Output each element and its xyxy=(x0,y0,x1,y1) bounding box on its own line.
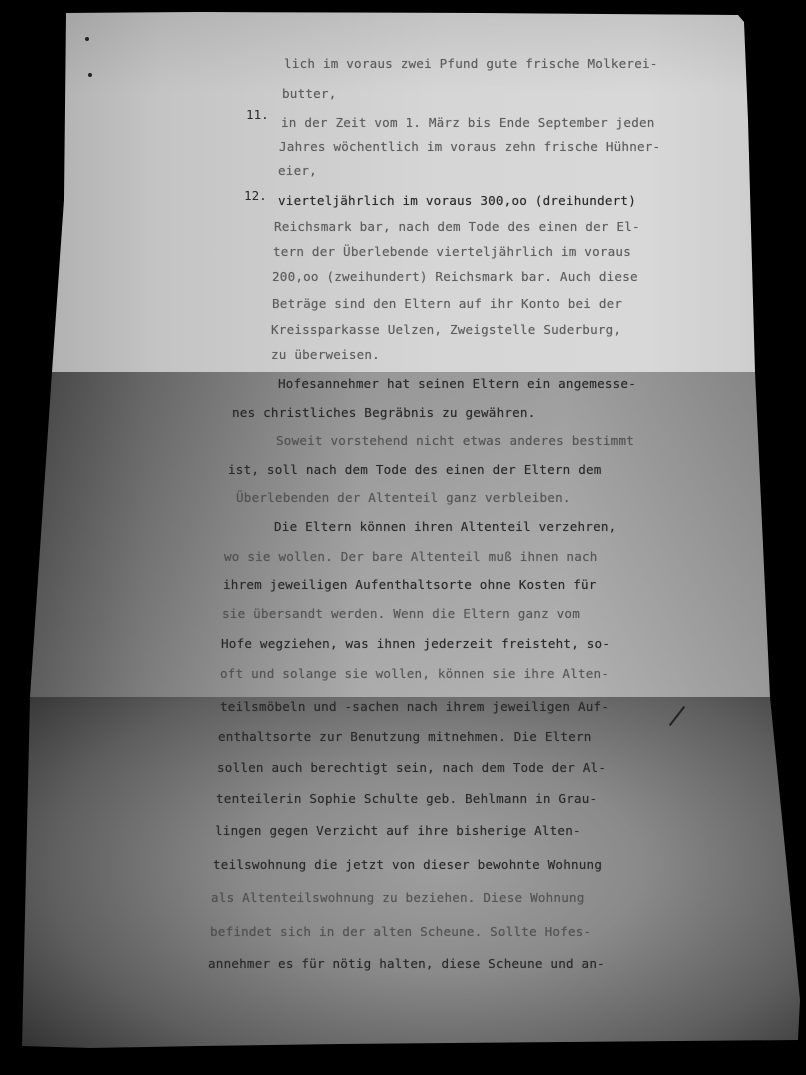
text-line: butter, xyxy=(282,86,336,101)
text-line: teilsmöbeln und -sachen nach ihrem jewei… xyxy=(220,699,609,714)
text-line: nes christliches Begräbnis zu gewähren. xyxy=(232,405,536,420)
handwritten-correction-mark xyxy=(669,706,685,726)
text-line: in der Zeit vom 1. März bis Ende Septemb… xyxy=(281,115,655,130)
text-line: tenteilerin Sophie Schulte geb. Behlmann… xyxy=(216,791,597,806)
text-line: Jahres wöchentlich im voraus zehn frisch… xyxy=(279,139,660,154)
document-text: lich im voraus zwei Pfund gute frische M… xyxy=(0,0,806,1075)
text-line: Überlebenden der Altenteil ganz verbleib… xyxy=(236,490,571,505)
text-line: Reichsmark bar, nach dem Tode des einen … xyxy=(274,219,640,234)
text-line: eier, xyxy=(278,163,317,178)
text-line: teilswohnung die jetzt von dieser bewohn… xyxy=(213,857,602,872)
text-line: als Altenteilswohnung zu beziehen. Diese… xyxy=(211,890,585,905)
text-line: ist, soll nach dem Tode des einen der El… xyxy=(228,462,602,477)
text-line: tern der Überlebende vierteljährlich im … xyxy=(273,244,631,259)
text-line: oft und solange sie wollen, können sie i… xyxy=(220,666,609,681)
text-line: Hofesannehmer hat seinen Eltern ein ange… xyxy=(278,376,636,391)
text-line: befindet sich in der alten Scheune. Soll… xyxy=(210,924,591,939)
text-line: lingen gegen Verzicht auf ihre bisherige… xyxy=(215,823,581,838)
text-line: wo sie wollen. Der bare Altenteil muß ih… xyxy=(224,549,598,564)
text-line: Hofe wegziehen, was ihnen jederzeit frei… xyxy=(221,636,610,651)
text-line: zu überweisen. xyxy=(271,347,380,362)
text-line: ihrem jeweiligen Aufenthaltsorte ohne Ko… xyxy=(223,577,597,592)
text-line: Beträge sind den Eltern auf ihr Konto be… xyxy=(272,296,622,311)
text-line: sollen auch berechtigt sein, nach dem To… xyxy=(217,760,606,775)
text-line: sie übersandt werden. Wenn die Eltern ga… xyxy=(222,606,580,621)
text-line: lich im voraus zwei Pfund gute frische M… xyxy=(284,56,658,71)
text-line: vierteljährlich im voraus 300,oo (dreihu… xyxy=(278,193,636,208)
list-item-number: 12. xyxy=(244,188,267,203)
text-line: Soweit vorstehend nicht etwas anderes be… xyxy=(276,433,634,448)
text-line: 200,oo (zweihundert) Reichsmark bar. Auc… xyxy=(272,269,638,284)
text-line: Kreissparkasse Uelzen, Zweigstelle Suder… xyxy=(271,322,621,337)
text-line: annehmer es für nötig halten, diese Sche… xyxy=(208,956,605,971)
text-line: Die Eltern können ihren Altenteil verzeh… xyxy=(274,519,616,534)
list-item-number: 11. xyxy=(246,107,269,122)
text-line: enthaltsorte zur Benutzung mitnehmen. Di… xyxy=(218,729,592,744)
